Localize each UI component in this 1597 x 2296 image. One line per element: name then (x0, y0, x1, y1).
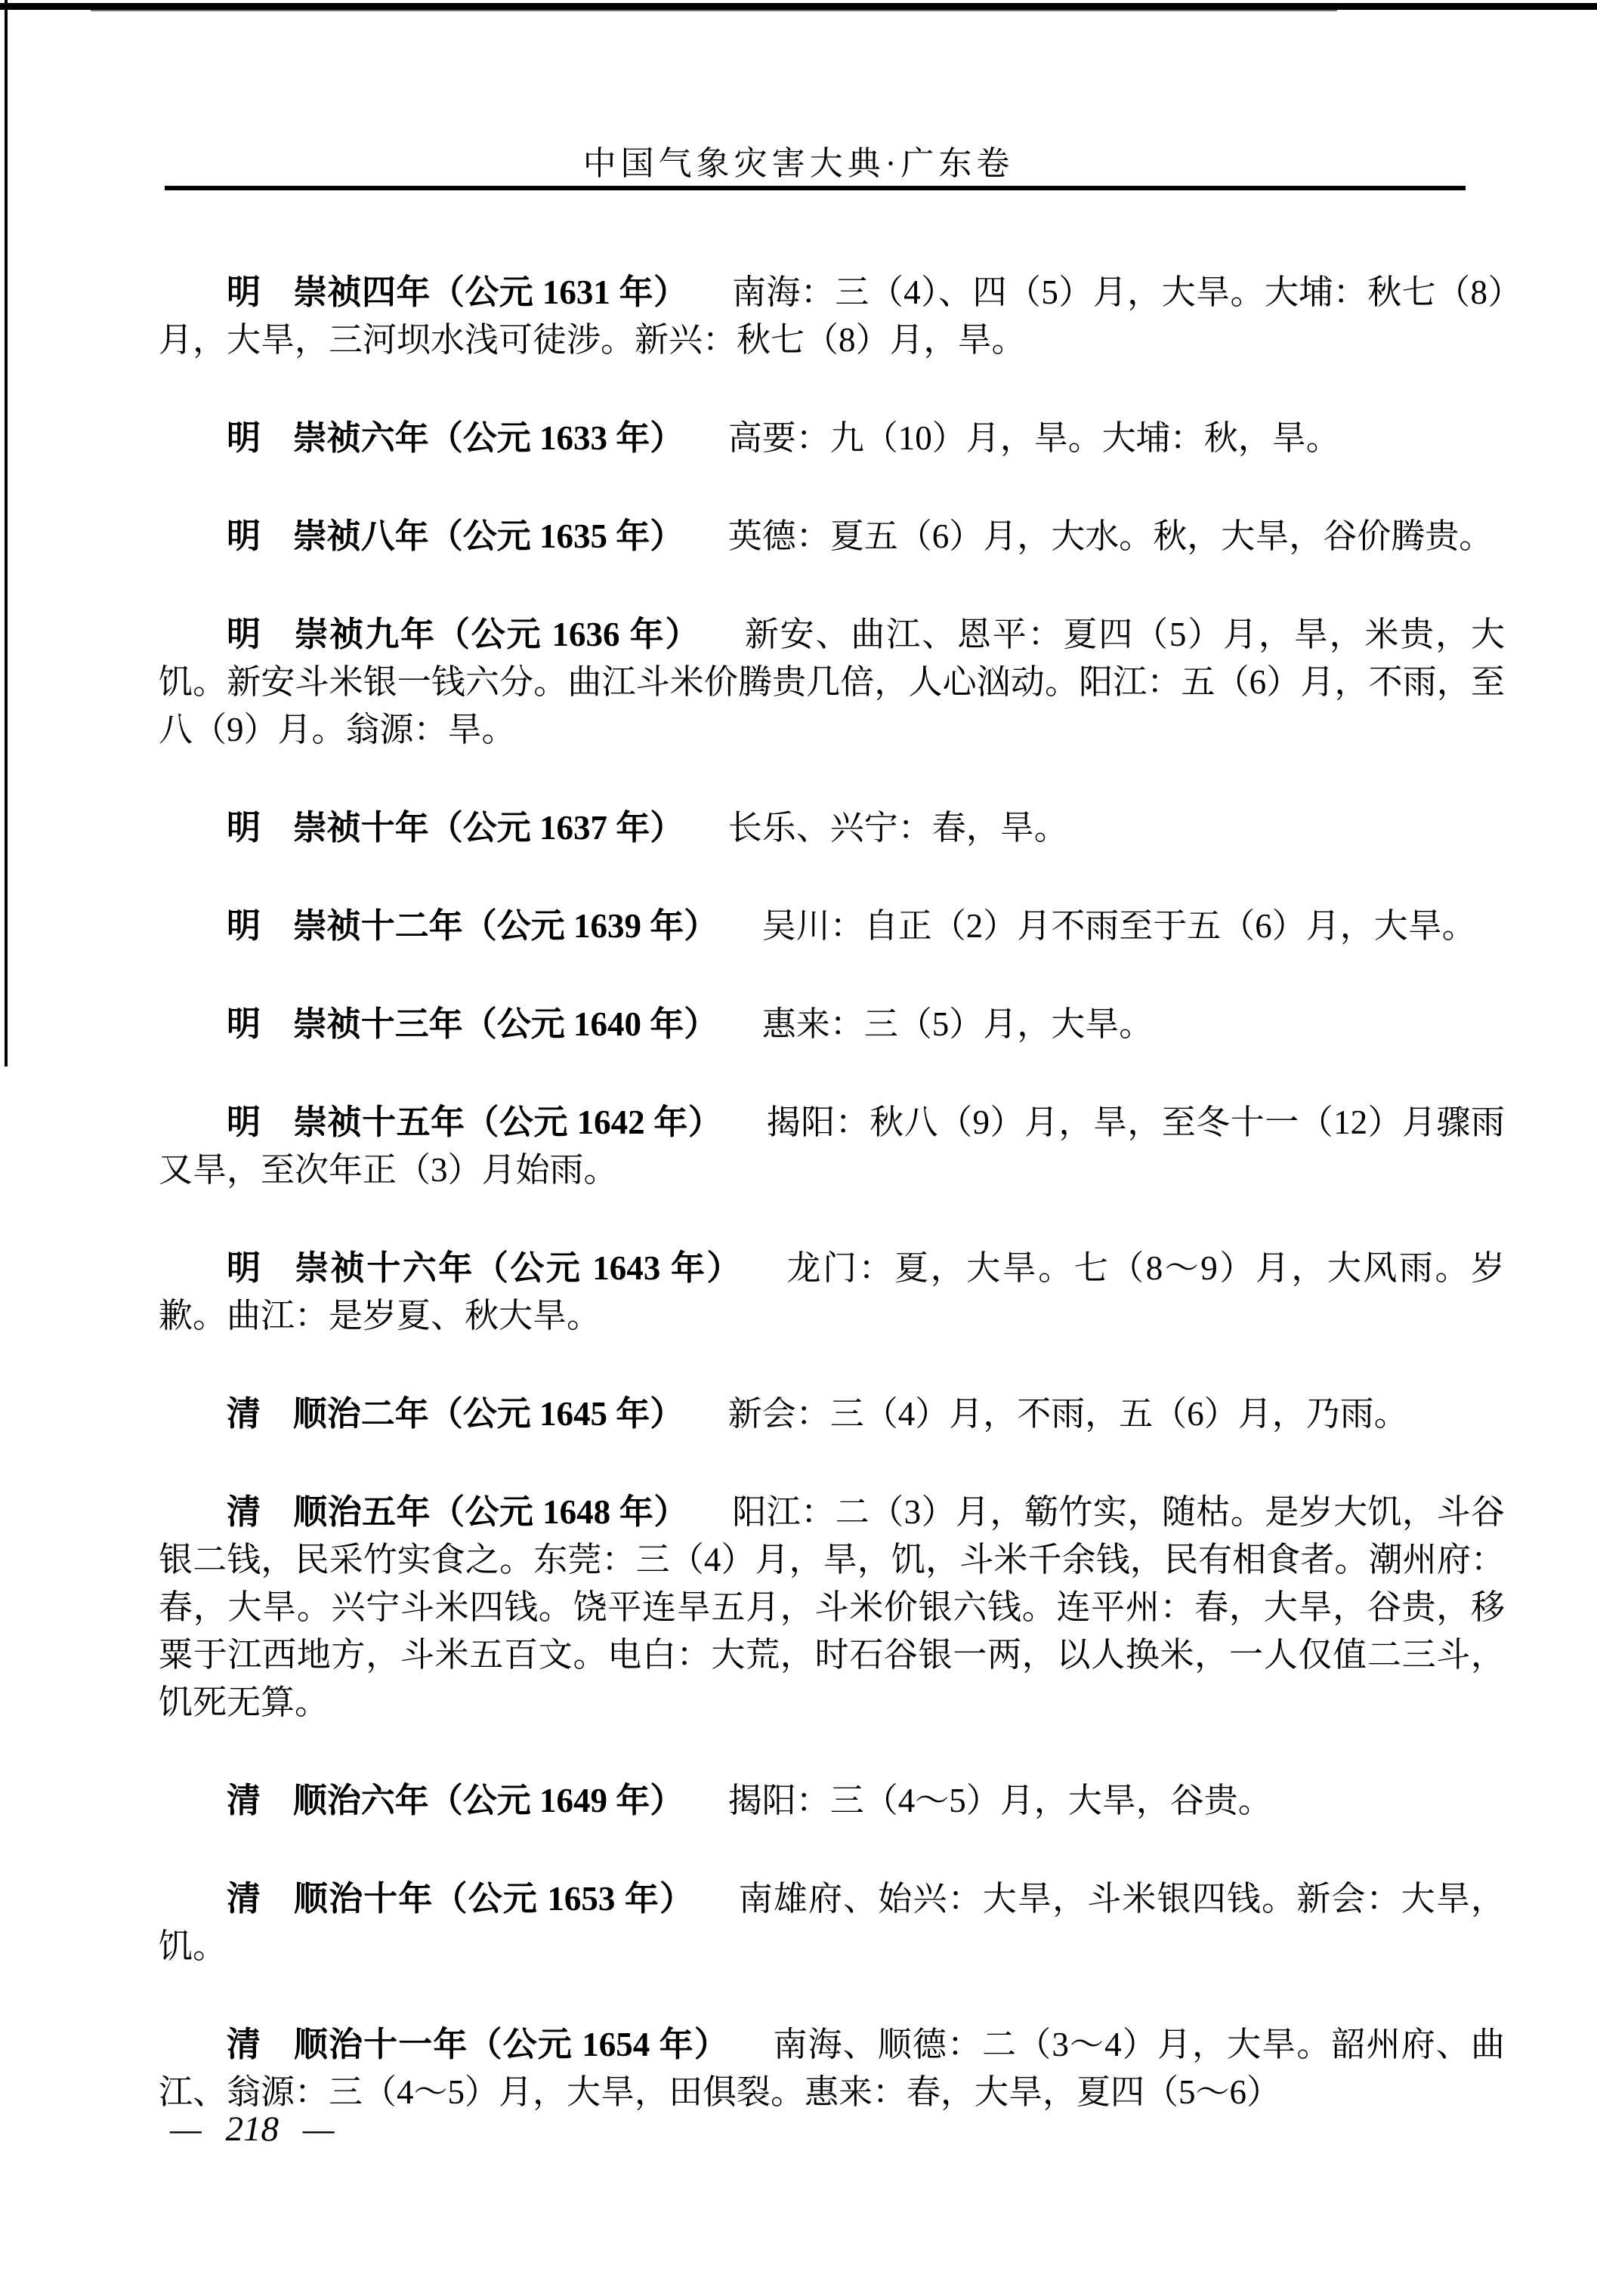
entries: 明崇祯四年（公元 1631 年）南海：三（4）、四（5）月，大旱。大埔：秋七（8… (159, 269, 1505, 2116)
entry-reign-year-label: 顺治六年（公元 1649 年） (293, 1782, 684, 1819)
disaster-entry: 清顺治十一年（公元 1654 年）南海、顺德：二（3～4）月，大旱。韶州府、曲江… (159, 2021, 1505, 2116)
scanned-book-page: { "header": { "title": "中国气象灾害大典·广东卷" },… (0, 0, 1597, 2296)
disaster-entry: 明崇祯十年（公元 1637 年）长乐、兴宁：春，旱。 (159, 804, 1505, 852)
entry-reign-year-label: 崇祯十三年（公元 1640 年） (293, 1005, 718, 1043)
entry-dynasty-label: 明 (227, 616, 262, 653)
disaster-entry: 明崇祯四年（公元 1631 年）南海：三（4）、四（5）月，大旱。大埔：秋七（8… (159, 269, 1505, 364)
entry-dynasty-label: 明 (227, 1103, 261, 1141)
disaster-entry: 明崇祯六年（公元 1633 年）高要：九（10）月，旱。大埔：秋，旱。 (159, 415, 1505, 462)
entry-record-text: 长乐、兴宁：春，旱。 (728, 809, 1068, 847)
entry-record-text: 惠来：三（5）月，大旱。 (762, 1005, 1154, 1043)
entry-dynasty-label: 明 (227, 273, 261, 311)
entry-record-text: 揭阳：三（4～5）月，大旱，谷贵。 (728, 1782, 1272, 1819)
disaster-entry: 明崇祯十六年（公元 1643 年）龙门：夏，大旱。七（8～9）月，大风雨。岁歉。… (159, 1245, 1505, 1340)
disaster-entry: 明崇祯九年（公元 1636 年）新安、曲江、恩平：夏四（5）月，旱，米贵，大饥。… (159, 611, 1505, 754)
entry-record-text: 吴川：自正（2）月不雨至于五（6）月，大旱。 (762, 907, 1476, 945)
disaster-entry: 清顺治二年（公元 1645 年）新会：三（4）月，不雨，五（6）月，乃雨。 (159, 1390, 1505, 1438)
entry-record-text: 新会：三（4）月，不雨，五（6）月，乃雨。 (728, 1395, 1408, 1433)
disaster-entry: 清顺治十年（公元 1653 年）南雄府、始兴：大旱，斗米银四钱。新会：大旱，饥。 (159, 1875, 1505, 1970)
entry-reign-year-label: 崇祯十六年（公元 1643 年） (295, 1249, 743, 1287)
entry-dynasty-label: 明 (227, 1249, 263, 1287)
entry-dynasty-label: 明 (227, 419, 261, 457)
entry-record-text: 高要：九（10）月，旱。大埔：秋，旱。 (728, 419, 1340, 457)
entry-dynasty-label: 明 (227, 1005, 261, 1043)
disaster-entry: 清顺治五年（公元 1648 年）阳江：二（3）月，簕竹实，随枯。是岁大饥，斗谷银… (159, 1489, 1505, 1727)
entry-dynasty-label: 清 (227, 1880, 261, 1918)
page-header-rule (165, 186, 1466, 190)
disaster-entry: 明崇祯八年（公元 1635 年）英德：夏五（6）月，大水。秋，大旱，谷价腾贵。 (159, 513, 1505, 560)
page-number: — 218 — (170, 2109, 335, 2149)
entry-dynasty-label: 清 (227, 1782, 261, 1819)
entry-reign-year-label: 崇祯八年（公元 1635 年） (293, 517, 684, 555)
disaster-entry: 明崇祯十五年（公元 1642 年）揭阳：秋八（9）月，旱，至冬十一（12）月骤雨… (159, 1099, 1505, 1194)
disaster-entry: 清顺治六年（公元 1649 年）揭阳：三（4～5）月，大旱，谷贵。 (159, 1777, 1505, 1825)
entry-reign-year-label: 顺治五年（公元 1648 年） (293, 1493, 688, 1531)
page-header-title: 中国气象灾害大典·广东卷 (0, 136, 1597, 184)
disaster-entry: 明崇祯十二年（公元 1639 年）吴川：自正（2）月不雨至于五（6）月，大旱。 (159, 903, 1505, 950)
entry-reign-year-label: 顺治十一年（公元 1654 年） (294, 2026, 729, 2063)
entry-reign-year-label: 崇祯九年（公元 1636 年） (295, 616, 701, 653)
entry-dynasty-label: 明 (227, 517, 261, 555)
entry-reign-year-label: 顺治二年（公元 1645 年） (293, 1395, 684, 1433)
entry-record-text: 英德：夏五（6）月，大水。秋，大旱，谷价腾贵。 (728, 517, 1494, 555)
disaster-entry: 明崇祯十三年（公元 1640 年）惠来：三（5）月，大旱。 (159, 1001, 1505, 1048)
entry-dynasty-label: 清 (227, 1493, 261, 1531)
entry-reign-year-label: 崇祯六年（公元 1633 年） (293, 419, 684, 457)
entry-reign-year-label: 崇祯十年（公元 1637 年） (293, 809, 684, 847)
entry-dynasty-label: 明 (227, 907, 261, 945)
entry-reign-year-label: 崇祯十五年（公元 1642 年） (293, 1103, 722, 1141)
entry-dynasty-label: 明 (227, 809, 261, 847)
entry-dynasty-label: 清 (227, 1395, 261, 1433)
entry-reign-year-label: 崇祯十二年（公元 1639 年） (293, 907, 718, 945)
entry-dynasty-label: 清 (227, 2026, 261, 2063)
scan-edge-top-line (0, 3, 1597, 10)
entry-reign-year-label: 崇祯四年（公元 1631 年） (293, 273, 687, 311)
entry-reign-year-label: 顺治十年（公元 1653 年） (294, 1880, 694, 1918)
